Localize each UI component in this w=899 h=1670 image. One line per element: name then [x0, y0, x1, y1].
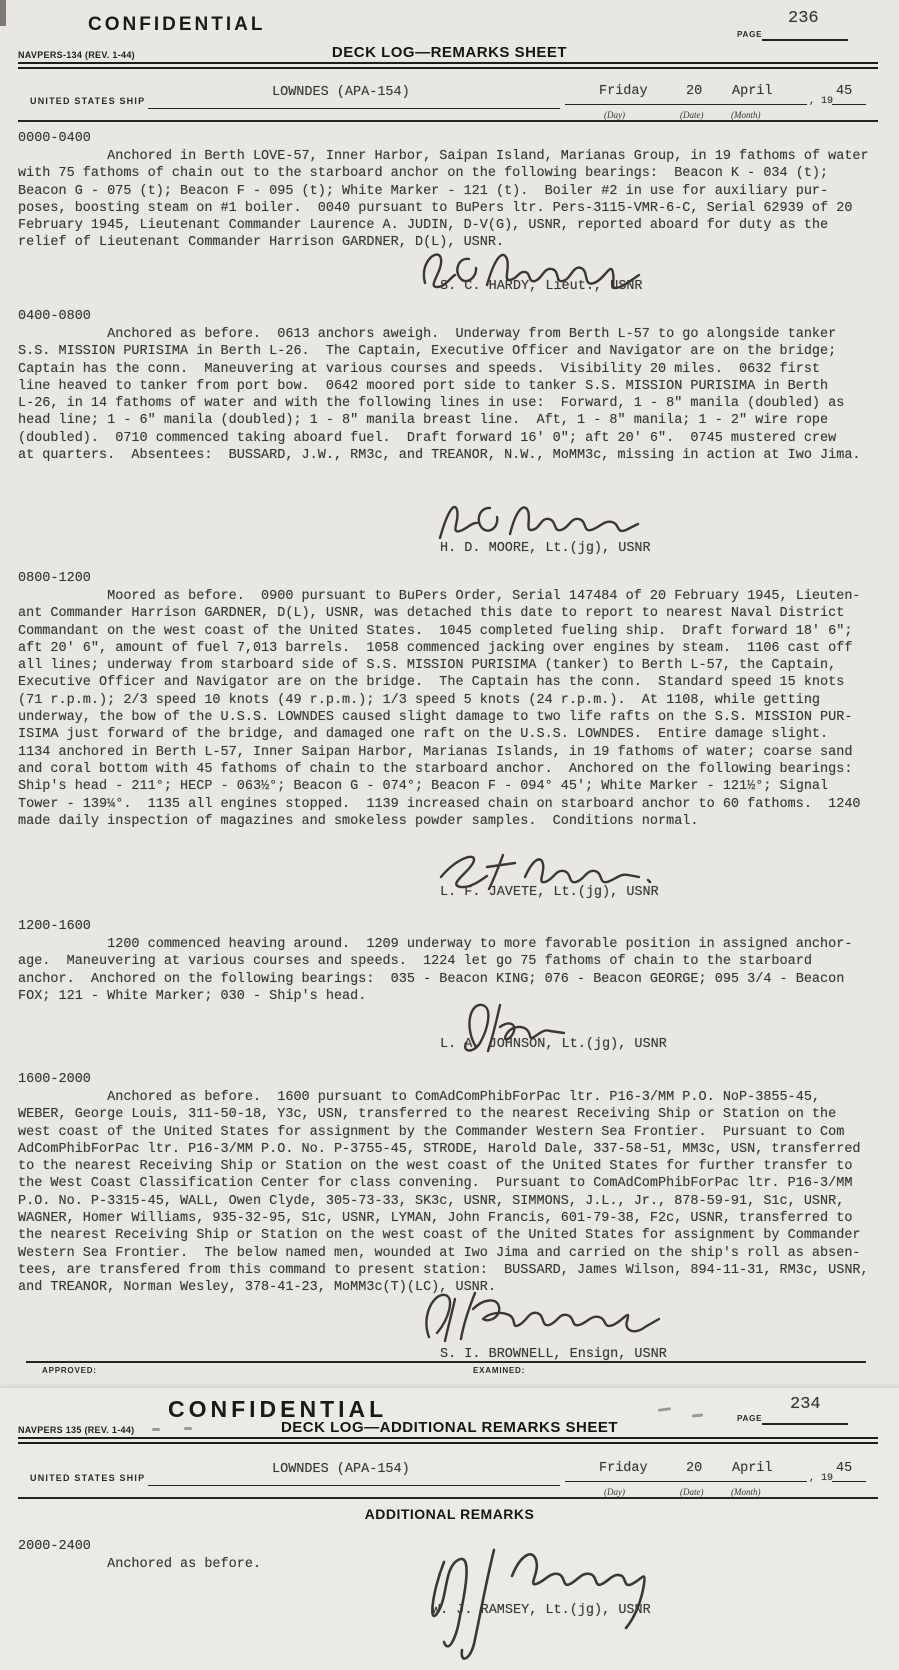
date-line: [565, 104, 807, 105]
year-prefix: , 19: [809, 93, 833, 110]
signature-typed: L. F. JAVETE, Lt.(jg), USNR: [440, 884, 659, 901]
classification-stamp: CONFIDENTIAL: [88, 14, 265, 36]
ship-name-line: [148, 1485, 560, 1486]
entry-body: Anchored in Berth LOVE-57, Inner Harbor,…: [18, 148, 869, 252]
date-caption: (Date): [680, 110, 704, 120]
month-caption: (Month): [731, 1487, 761, 1497]
signature-typed: L. A. JOHNSON, Lt.(jg), USNR: [440, 1036, 667, 1053]
entry-time-range: 1200-1600: [18, 918, 91, 935]
signature-ramsey-script: [408, 1528, 673, 1663]
additional-remarks-heading: ADDITIONAL REMARKS: [0, 1506, 899, 1522]
year-line: [832, 104, 866, 105]
year-prefix: , 19: [809, 1470, 833, 1487]
entry-body: 1200 commenced heaving around. 1209 unde…: [18, 936, 852, 1005]
signature-brownell-script: [415, 1283, 680, 1351]
ship-label: UNITED STATES SHIP: [30, 1473, 145, 1483]
month-caption: (Month): [731, 110, 761, 120]
entry-body: Anchored as before. 0613 anchors aweigh.…: [18, 326, 861, 464]
ship-name-line: [148, 108, 560, 109]
day-caption: (Day): [604, 110, 625, 120]
date-day-field: Friday: [599, 83, 648, 100]
entry-body: Moored as before. 0900 pursuant to BuPer…: [18, 588, 861, 830]
date-caption: (Date): [680, 1487, 704, 1497]
entry-time-range: 1600-2000: [18, 1071, 91, 1088]
date-day-field: Friday: [599, 1460, 648, 1477]
entry-time-range: 0800-1200: [18, 570, 91, 587]
footer-rule: [26, 1361, 866, 1363]
deck-log-scan: CONFIDENTIAL 236 PAGE NAVPERS-134 (REV. …: [0, 0, 899, 1670]
date-date-field: 20: [686, 1460, 702, 1477]
page-number: 234: [790, 1396, 821, 1413]
signature-typed: W. J. RAMSEY, Lt.(jg), USNR: [432, 1602, 651, 1619]
date-date-field: 20: [686, 83, 702, 100]
entry-body: Anchored as before.: [18, 1556, 261, 1573]
page-label: PAGE: [737, 30, 762, 39]
ship-name-field: LOWNDES (APA-154): [272, 1461, 410, 1478]
header-double-rule: [18, 62, 878, 69]
year-field: 45: [836, 83, 852, 100]
entry-time-range: 0400-0800: [18, 308, 91, 325]
header-bottom-rule: [18, 120, 878, 122]
ship-name-field: LOWNDES (APA-154): [272, 84, 410, 101]
sheet-title: DECK LOG—REMARKS SHEET: [0, 44, 899, 61]
year-field: 45: [836, 1460, 852, 1477]
date-month-field: April: [732, 83, 773, 100]
header-double-rule: [18, 1437, 878, 1444]
signature-typed: H. D. MOORE, Lt.(jg), USNR: [440, 540, 651, 557]
entry-time-range: 0000-0400: [18, 130, 91, 147]
entry-time-range: 2000-2400: [18, 1538, 91, 1555]
header-bottom-rule: [18, 1497, 878, 1499]
entry-body: Anchored as before. 1600 pursuant to Com…: [18, 1089, 869, 1297]
scan-edge-mark: [0, 0, 6, 26]
date-month-field: April: [732, 1460, 773, 1477]
approved-label: APPROVED:: [42, 1366, 97, 1375]
page-number: 236: [788, 10, 819, 27]
ship-label: UNITED STATES SHIP: [30, 96, 145, 106]
signature-typed: S. C. HARDY, Lieut., USNR: [440, 278, 643, 295]
year-line: [832, 1481, 866, 1482]
examined-label: EXAMINED:: [473, 1366, 525, 1375]
page-number-line: [762, 39, 848, 41]
day-caption: (Day): [604, 1487, 625, 1497]
date-line: [565, 1481, 807, 1482]
sheet-title: DECK LOG—ADDITIONAL REMARKS SHEET: [0, 1419, 899, 1436]
signature-moore-script: [430, 492, 645, 547]
